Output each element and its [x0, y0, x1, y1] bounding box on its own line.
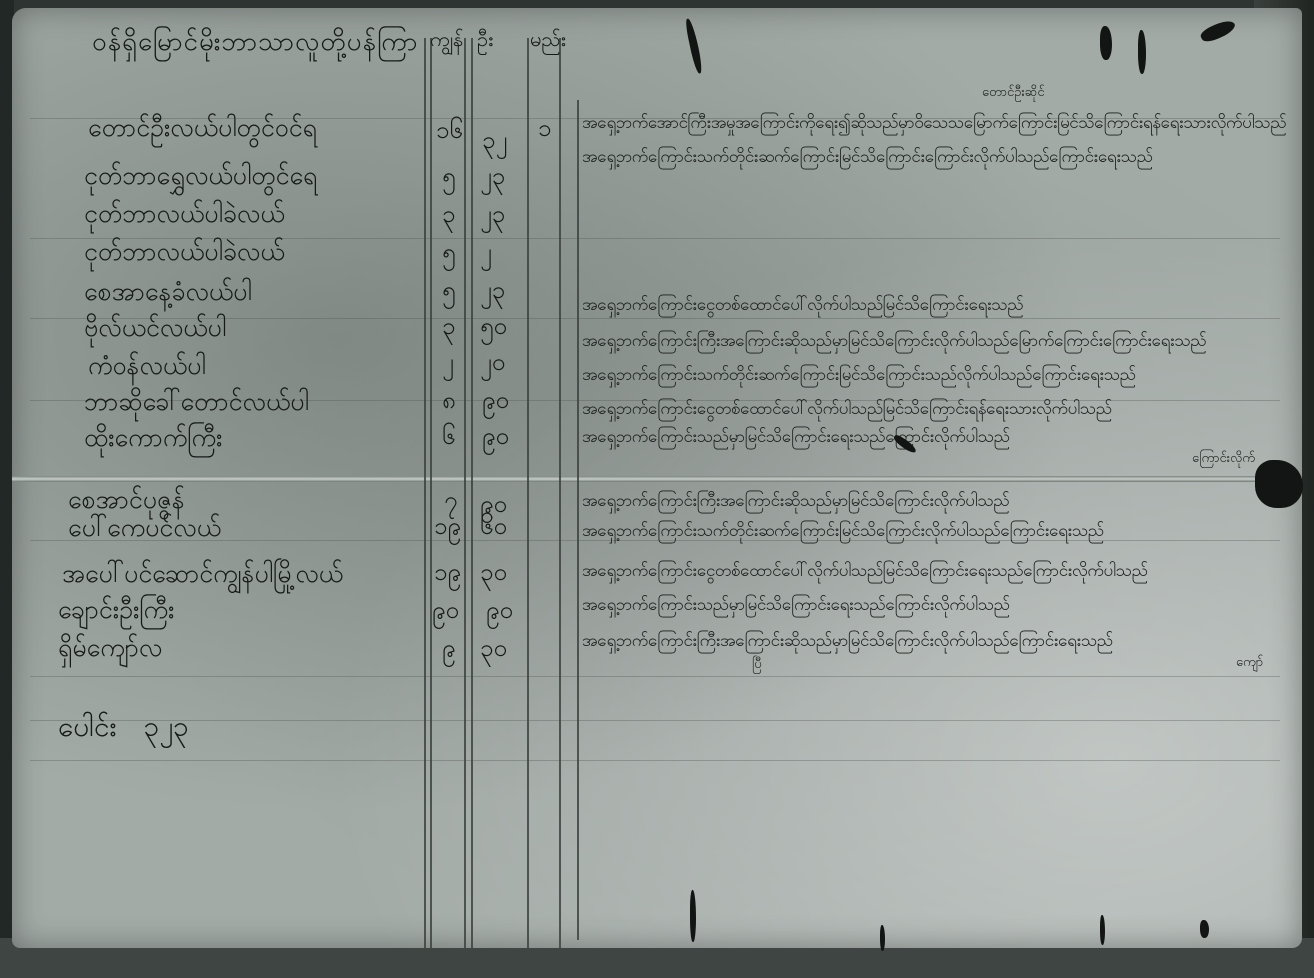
entry-note: အရှေ့ဘက်ကြောင်းကြီးအကြောင်းဆိုသည်မှာမြင်…: [582, 630, 1113, 655]
entry-value-col2: ၂၃: [480, 160, 505, 196]
entry-value-col2: ၉၀: [486, 594, 513, 630]
column-header-1: ကျွန်: [430, 26, 463, 56]
entry-value-col2: ၂၃: [480, 198, 505, 234]
ink-blot: [1255, 460, 1303, 508]
column-divider: [577, 100, 579, 940]
entry-name: ဘာဆိုခေါ်တောင်လယ်ပါ: [84, 386, 309, 423]
entry-name: ငုတ်ဘာရွှေလယ်ပါတွင်ရေ: [84, 160, 317, 197]
entry-value-col1: ၅: [442, 274, 456, 310]
note-tail: ကြောင်းလိုက်: [1192, 450, 1255, 469]
entry-note: အရှေ့ဘက်ကြောင်းသက်တိုင်းဆက်ကြောင်းမြင်သိ…: [582, 520, 1104, 545]
column-divider: [559, 38, 561, 948]
document-title: ဝန်ရှိမြောင်မိုးဘာသာလူတို့ပန်ကြာ: [92, 24, 418, 63]
entry-note: အရှေ့ဘက်ကြောင်းသက်တိုင်းဆက်ကြောင်းမြင်သိ…: [582, 364, 1136, 389]
entry-value-col2: ၂: [480, 236, 492, 272]
entry-value-col1: ၁၆: [436, 114, 463, 150]
column-header-2: ဦး: [477, 26, 493, 56]
ink-blot: [1138, 30, 1146, 74]
entry-value-col1: ၅: [442, 160, 456, 196]
entry-name: စေအာနေ့ခံလယ်ပါ: [84, 276, 252, 313]
entry-value-col2: ၉၀: [482, 420, 509, 456]
entry-value-col2: ၂၃: [480, 274, 505, 310]
total-label: ပေါင်း: [58, 710, 117, 743]
entry-name: ငုတ်ဘာလယ်ပါခဲလယ်: [84, 198, 285, 235]
entry-note: အရှေ့ဘက်ကြောင်းကြီးအကြောင်းဆိုသည်မှာမြင်…: [582, 330, 1206, 355]
entry-note: အရှေ့ဘက်ကြောင်းသည်မှာမြင်သိကြောင်းရေးသည်…: [582, 426, 1010, 451]
column-header-3: မည်း: [530, 26, 566, 56]
ruling-line: [30, 676, 1280, 677]
entry-name: ပေါ်ကေပင်လယ်: [68, 512, 221, 549]
column-divider: [430, 38, 432, 948]
entry-value-col1: ၁၉: [434, 556, 461, 592]
entry-value-col3: ၁: [538, 112, 552, 148]
entry-name: တောင်ဦးလယ်ပါတွင်ဝင်ရ: [88, 112, 317, 149]
entry-name: ဗိုလ်ယင်လယ်ပါ: [84, 312, 226, 349]
total-label-and-value: ပေါင်း ၃၂၃: [58, 708, 189, 750]
entry-value-col1: ၈: [442, 384, 456, 420]
entry-name: ချောင်းဦးကြီး: [58, 594, 174, 631]
column-divider: [471, 38, 473, 948]
entry-note: အရှေ့ဘက်ကြောင်းငွေတစ်ထောင်ပေါ်လိုက်ပါသည်…: [582, 398, 1112, 423]
entry-value-col1: ၃: [442, 198, 456, 234]
entry-note: အရှေ့ဘက်ကြောင်းကြီးအကြောင်းဆိုသည်မှာမြင်…: [582, 490, 1009, 515]
column-divider: [527, 38, 529, 948]
entry-value-col1: ၉၀: [432, 594, 459, 630]
note-sub: ပြီ: [752, 656, 762, 675]
ink-blot: [1100, 26, 1112, 60]
entry-value-col2: ၉၀: [482, 384, 509, 420]
entry-value-col2: ၃၀: [480, 632, 507, 668]
entry-value-col2: ၃၂: [482, 124, 507, 160]
paper-fold-crease: [12, 476, 1302, 482]
ruling-line: [30, 760, 1280, 761]
ink-blot: [1200, 920, 1209, 938]
entry-note: အရှေ့ဘက်အောင်ကြီးအမှုအကြောင်းကိုရေး၍ဆိုသ…: [582, 112, 1286, 137]
entry-note: အရှေ့ဘက်ကြောင်းငွေတစ်ထောင်ပေါ်လိုက်ပါသည်…: [582, 560, 1148, 585]
entry-value-col2: ၃၀: [480, 556, 507, 592]
entry-name: ကံဝန်လယ်ပါ: [88, 350, 206, 387]
note-superscript: တောင်ဦးဆိုင်: [982, 84, 1045, 103]
entry-name: အပေါ်ပင်ဆောင်ကျွန်ပါမြို့လယ်: [62, 558, 343, 595]
entry-name: ငုတ်ဘာလယ်ပါခဲလယ်: [84, 236, 285, 273]
entry-name: ထိုးကောက်ကြီး: [84, 422, 222, 459]
ink-blot: [880, 925, 885, 951]
note-tail: ကျော်: [1236, 654, 1263, 673]
ruling-line: [30, 720, 1280, 721]
column-divider: [424, 38, 426, 948]
entry-value-col1: ၂: [442, 346, 454, 382]
ink-blot: [1100, 915, 1105, 945]
entry-note: အရှေ့ဘက်ကြောင်းသည်မှာမြင်သိကြောင်းရေးသည်…: [582, 594, 1010, 619]
entry-value-col1: ၆: [442, 420, 456, 456]
entry-value-col2: ၆၀: [480, 510, 507, 546]
entry-value-col1: ၅: [442, 236, 456, 272]
entry-value-col1: ၃: [442, 310, 456, 346]
entry-value-col2: ၂၀: [480, 346, 505, 382]
entry-value-col2: ၅၀: [480, 310, 507, 346]
entry-note: အရှေ့ဘက်ကြောင်းသက်တိုင်းဆက်ကြောင်းမြင်သိ…: [582, 146, 1153, 171]
total-value: ၃၂၃: [144, 710, 189, 743]
entry-note: အရှေ့ဘက်ကြောင်းငွေတစ်ထောင်ပေါ်လိုက်ပါသည်…: [582, 294, 1023, 319]
entry-name: ရှိမ်ကျော်လ: [58, 632, 162, 669]
column-divider: [464, 38, 466, 948]
entry-value-col1: ၁၉: [434, 510, 461, 546]
ink-blot: [690, 890, 696, 942]
entry-value-col1: ၉: [442, 632, 456, 668]
